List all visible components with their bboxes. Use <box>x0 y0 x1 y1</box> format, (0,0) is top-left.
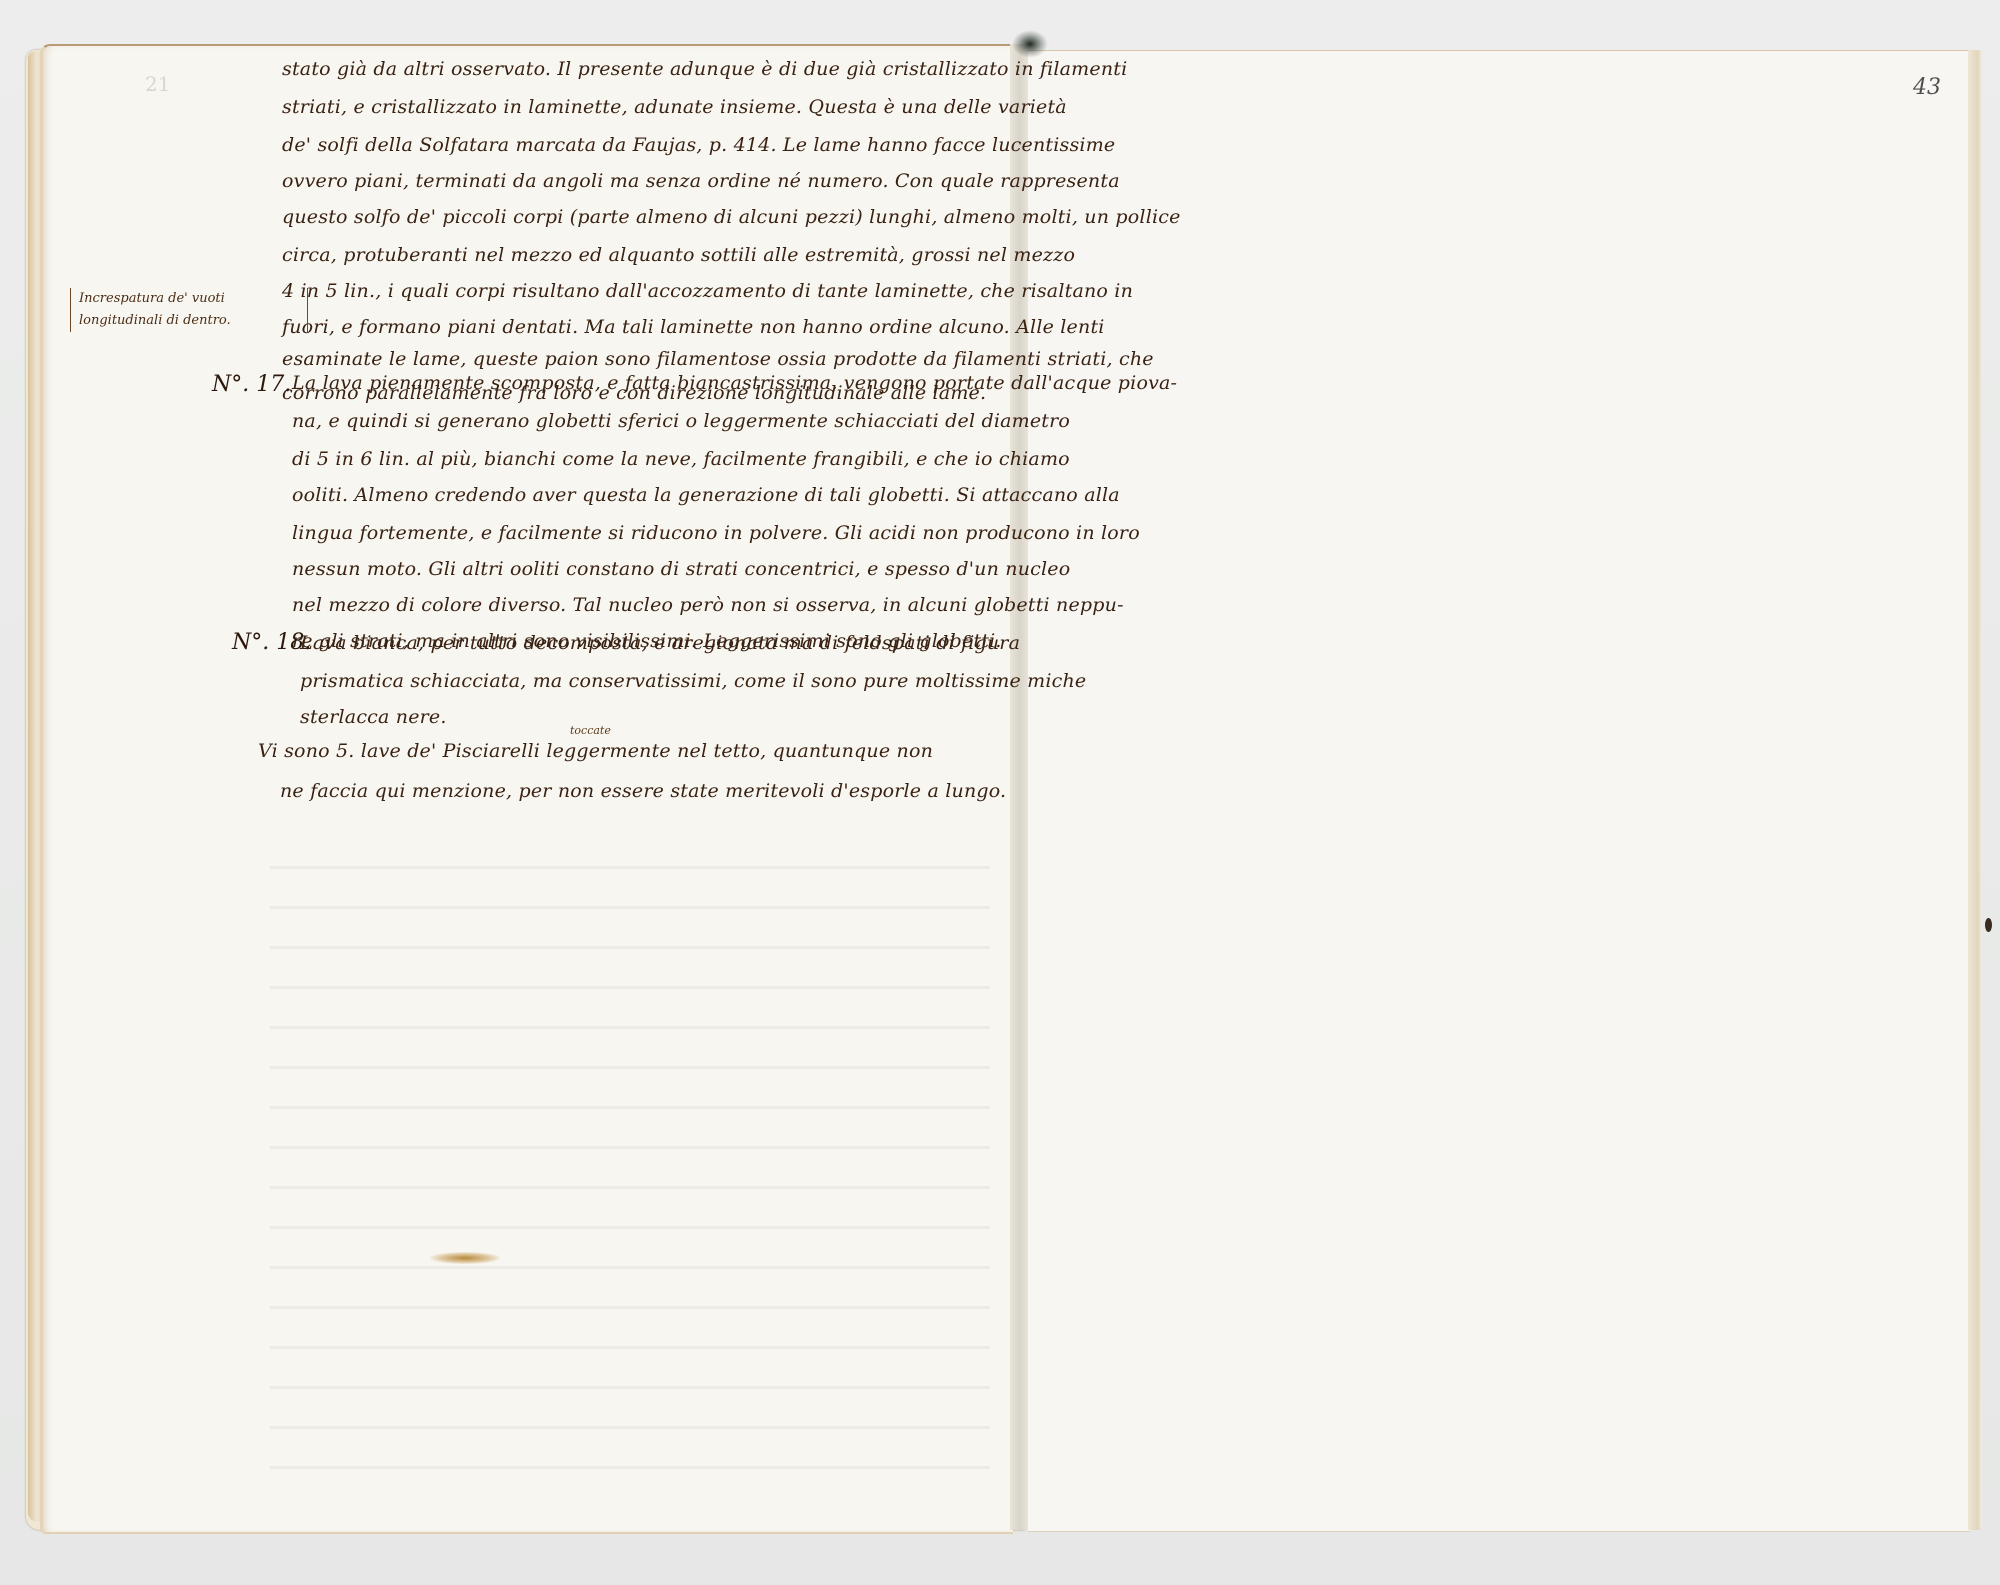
text-line: Vi sono 5. lave de' Pisciarelli leggerme… <box>258 740 933 762</box>
text-line: circa, protuberanti nel mezzo ed alquant… <box>282 244 1075 266</box>
bleed-through-text <box>270 840 990 1490</box>
text-line: ne faccia qui menzione, per non essere s… <box>280 780 1006 802</box>
text-line: nessun moto. Gli altri ooliti constano d… <box>292 558 1070 580</box>
spine-shadow <box>1012 30 1048 58</box>
right-page-edges <box>1968 50 1982 1530</box>
text-line: stato già da altri osservato. Il present… <box>282 58 1127 80</box>
text-line: sterlacca nere. <box>300 706 447 728</box>
text-line: La lava pienamente scomposta, e fatta bi… <box>292 372 1177 394</box>
text-line: ovvero piani, terminati da angoli ma sen… <box>282 170 1120 192</box>
text-line: na, e quindi si generano globetti sferic… <box>292 410 1070 432</box>
faint-page-number-left: 21 <box>145 72 170 96</box>
entry-number-17: N°. 17. <box>212 372 291 397</box>
text-line: Lava bianca, per tutto decomposta, e are… <box>300 632 1020 654</box>
text-line: nel mezzo di colore diverso. Tal nucleo … <box>292 594 1124 616</box>
interlinear-insertion: toccate <box>570 724 611 737</box>
text-line: lingua fortemente, e facilmente si riduc… <box>292 522 1140 544</box>
ink-spot <box>1985 918 1992 932</box>
text-line: 4 in 5 lin., i quali corpi risultano dal… <box>282 280 1133 302</box>
text-line: esaminate le lame, queste paion sono fil… <box>282 348 1154 370</box>
text-line: di 5 in 6 lin. al più, bianchi come la n… <box>292 448 1070 470</box>
page-number-right: 43 <box>1913 75 1941 100</box>
text-line: ooliti. Almeno credendo aver questa la g… <box>292 484 1120 506</box>
text-line: prismatica schiacciata, ma conservatissi… <box>300 670 1086 692</box>
text-line: de' solfi della Solfatara marcata da Fau… <box>282 134 1115 156</box>
ink-stain <box>430 1252 500 1264</box>
book-gutter <box>1010 44 1030 1530</box>
margin-note: Increspatura de' vuoti longitudinali di … <box>70 288 308 332</box>
text-line: questo solfo de' piccoli corpi (parte al… <box>282 206 1181 228</box>
text-line: striati, e cristallizzato in laminette, … <box>282 96 1067 118</box>
right-page <box>1028 50 1970 1532</box>
text-line: fuori, e formano piani dentati. Ma tali … <box>282 316 1105 338</box>
